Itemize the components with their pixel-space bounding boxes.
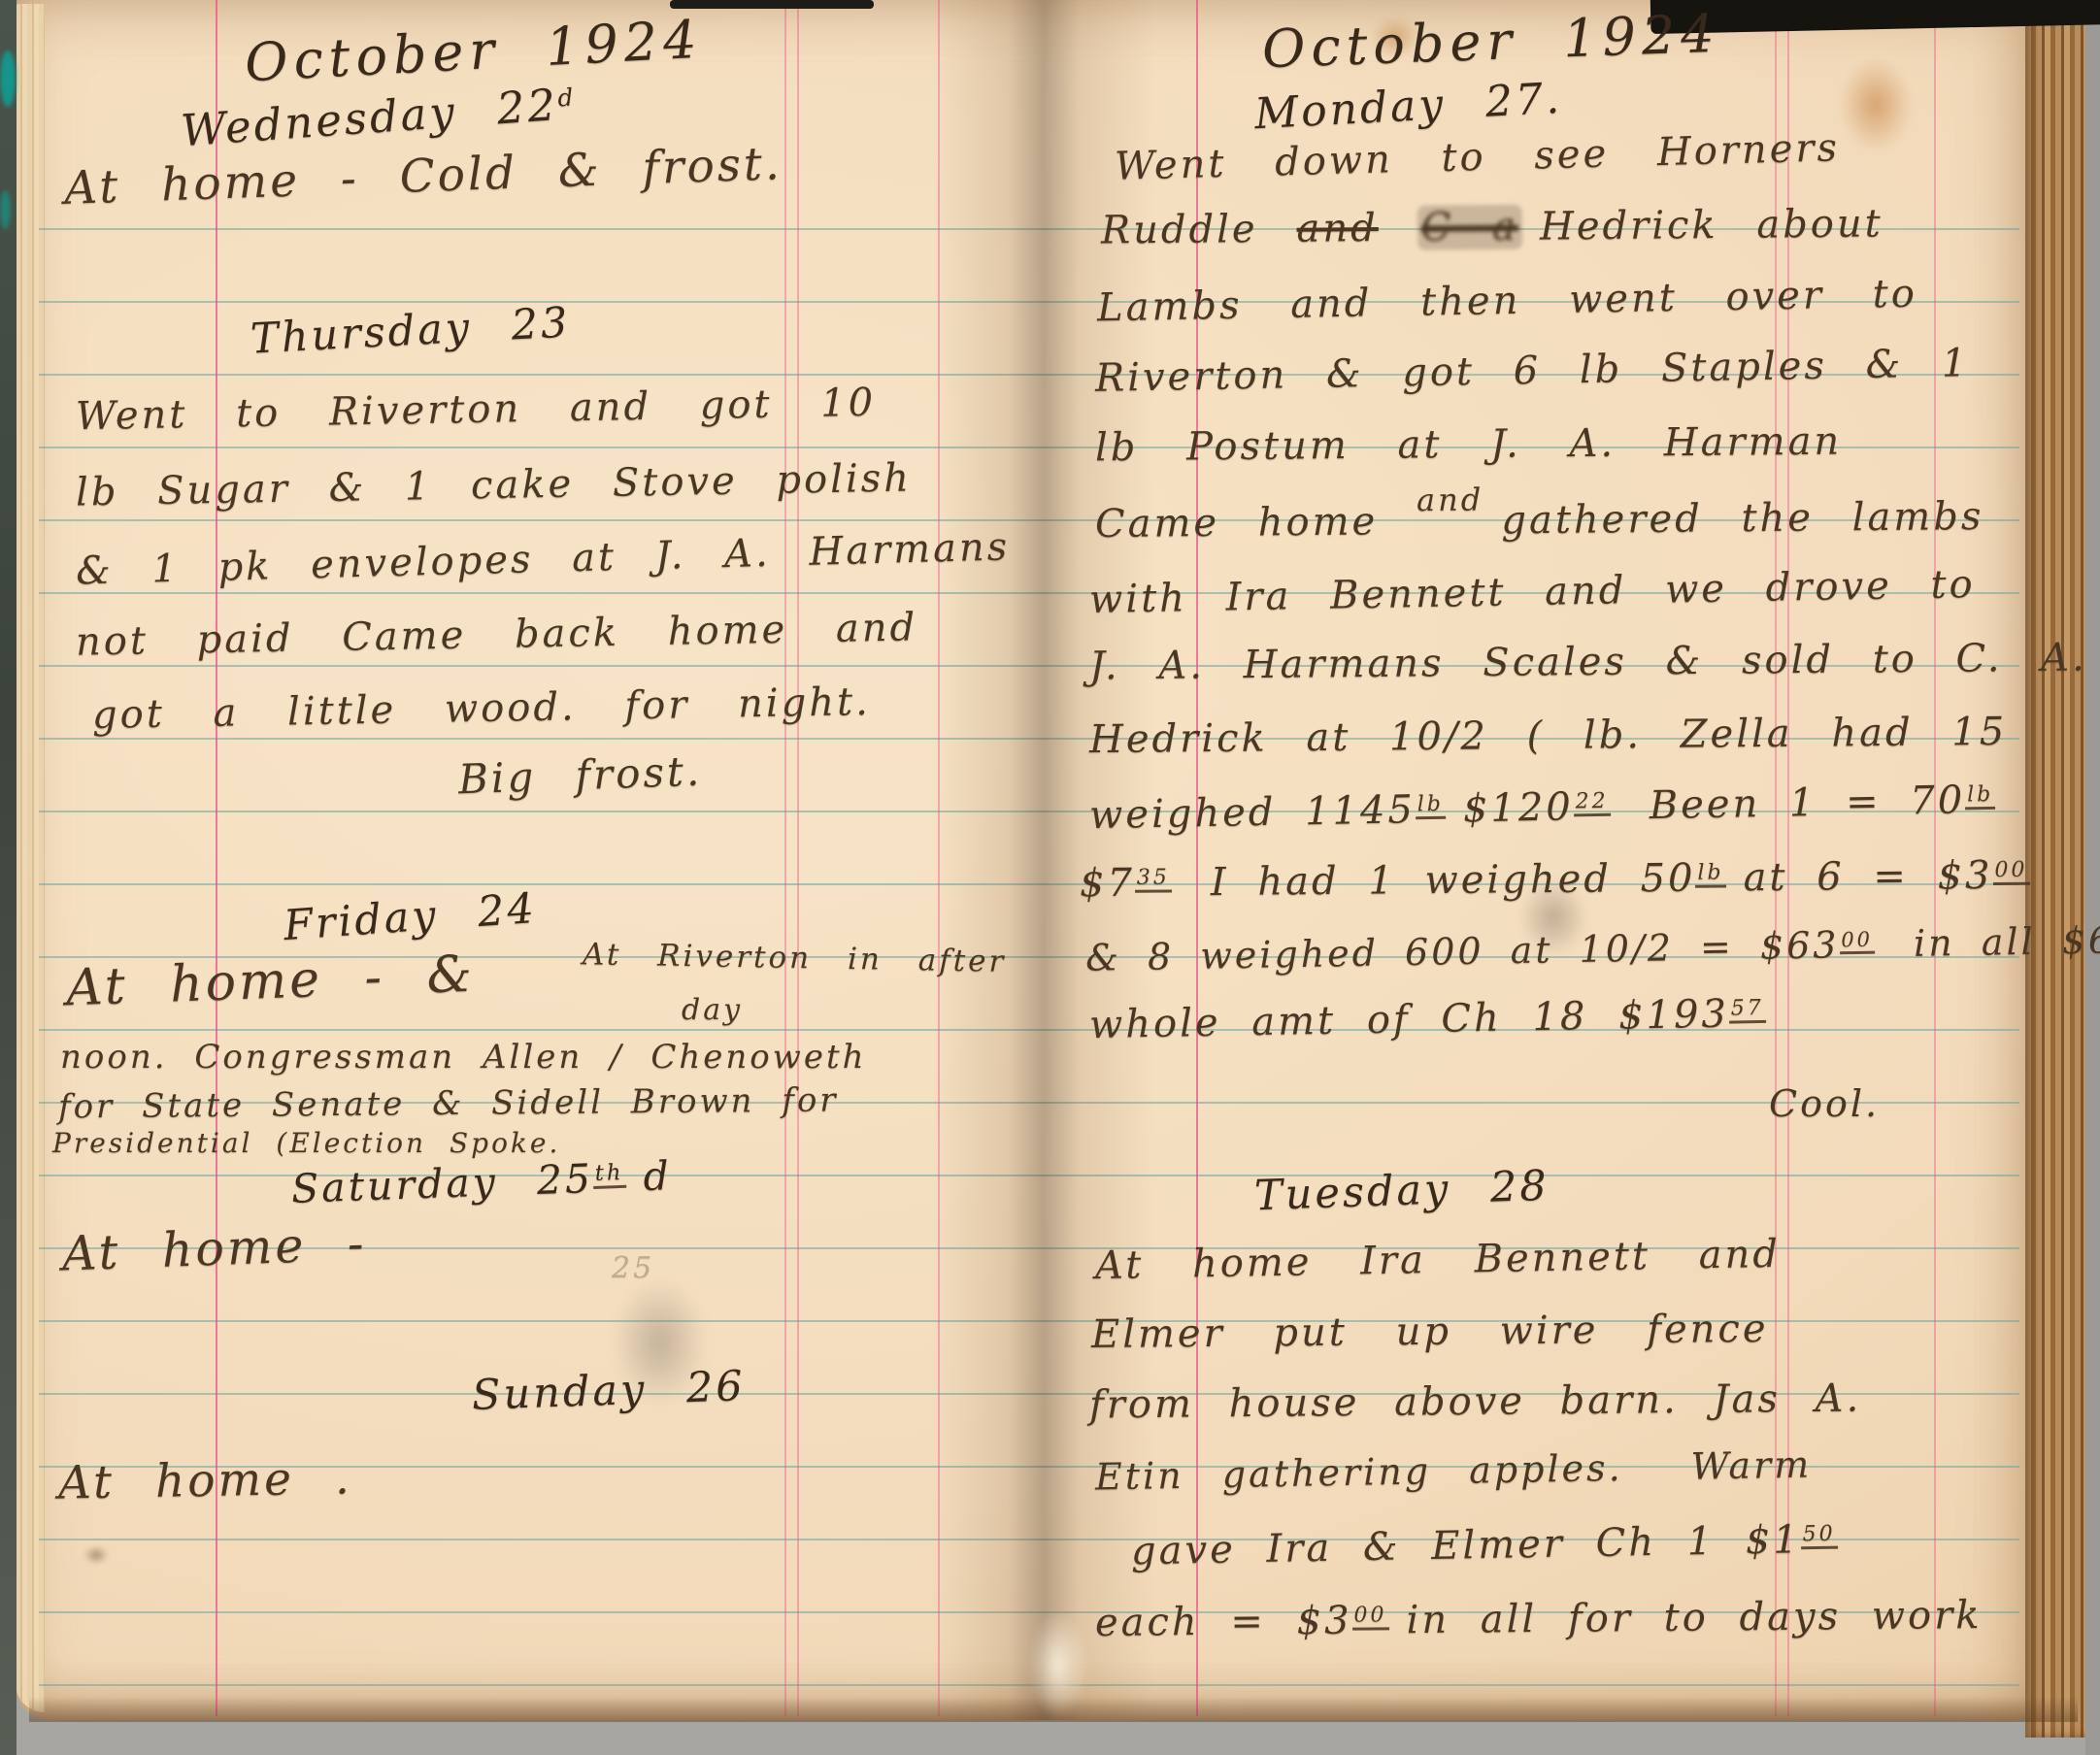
- speck: [83, 1545, 109, 1565]
- entry-text: Hedrick about: [1540, 201, 1883, 248]
- cents-superscript: 35: [1135, 865, 1172, 892]
- entry-line: At home .: [58, 1455, 353, 1506]
- entry-line: from house above barn. Jas A.: [1089, 1379, 1862, 1425]
- cents-superscript: 00: [1351, 1603, 1388, 1630]
- entry-line: lb Postum at J. A. Harman: [1095, 422, 1843, 468]
- scanner-dark-sliver: [670, 0, 874, 9]
- entry-line: Big frost.: [457, 751, 703, 801]
- entry-line: $735I had 1 weighed 50lbat 6 = $300: [1080, 856, 2030, 904]
- entry-text: Ruddle: [1101, 207, 1258, 252]
- entry-text: at 6 = $3: [1743, 853, 1992, 900]
- left-day-title-sunday: Sunday 26: [471, 1366, 746, 1417]
- book-cover-edge: [0, 0, 17, 1755]
- entry-text: gathered the lambs: [1501, 494, 1983, 543]
- ordinal-superscript: th: [592, 1159, 626, 1188]
- entry-text: in all for to days work: [1406, 1593, 1982, 1642]
- smudged-word: C a: [1417, 205, 1523, 250]
- entry-text: Came home: [1095, 499, 1379, 546]
- entry-text: I had 1 weighed 50: [1211, 856, 1696, 905]
- entry-line: for State Senate & Sidell Brown for: [58, 1083, 839, 1123]
- entry-line: At home Ira Bennett and: [1095, 1235, 1782, 1285]
- struck-word: and: [1296, 206, 1379, 251]
- entry-line: RuddleandC aHedrick about: [1101, 204, 1883, 249]
- entry-line: Hedrick at 10/2 ( lb. Zella had 15: [1089, 712, 2008, 759]
- teal-mark: [0, 190, 11, 229]
- entry-line: noon. Congressman Allen / Chenoweth: [60, 1041, 867, 1074]
- weather-note: Warm: [1690, 1443, 1812, 1488]
- entry-text: Been 1 = 70: [1649, 778, 1965, 828]
- flourish: d: [643, 1152, 673, 1200]
- stain: [1840, 58, 1912, 151]
- entry-line: J. A. Harmans Scales & sold to C. A.: [1089, 639, 2087, 686]
- unit-superscript: lb: [1695, 860, 1725, 887]
- entry-line: At home - &: [65, 949, 475, 1014]
- ordinal-superscript: d: [556, 83, 577, 112]
- cents-superscript: 57: [1729, 996, 1766, 1024]
- cents-superscript: 50: [1800, 1522, 1837, 1550]
- faint-pencil-note: 25: [612, 1254, 654, 1283]
- cents-superscript: 22: [1573, 789, 1610, 817]
- margin-line: [784, 0, 786, 1716]
- unit-superscript: lb: [1416, 792, 1447, 820]
- entry-line: Presidential (Election Spoke.: [52, 1130, 560, 1157]
- entry-text: in all $66: [1914, 918, 2100, 965]
- fore-edge-page-stack: [2025, 0, 2087, 1738]
- scanner-background-strip: [2085, 0, 2100, 1755]
- entry-text: $7: [1080, 861, 1135, 906]
- right-month-header: October 1924: [1261, 8, 1720, 76]
- entry-line: gave Ira & Elmer Ch 1 $150: [1131, 1520, 1838, 1572]
- cents-superscript: 00: [1839, 927, 1875, 954]
- margin-line: [797, 0, 799, 1716]
- unit-superscript: lb: [1965, 782, 1996, 811]
- right-day-title-tuesday: Tuesday 28: [1253, 1166, 1550, 1218]
- diary-scan: October 1924 Wednesday 22d At home - Col…: [0, 0, 2100, 1755]
- weather-note: Cool.: [1769, 1085, 1880, 1122]
- entry-line: At home -: [61, 1220, 367, 1278]
- entry-text: $120: [1463, 784, 1575, 831]
- entry-line: whole amt of Ch 18 $19357: [1089, 994, 1767, 1044]
- entry-note: At Riverton in after: [583, 940, 1007, 977]
- torn-gutter-edge: [1029, 1611, 1087, 1718]
- entry-text: weighed 1145: [1089, 787, 1417, 838]
- teal-mark: [0, 50, 16, 107]
- cents-superscript: 00: [1992, 858, 2029, 885]
- entry-line: Elmer put up wire fence: [1091, 1309, 1769, 1354]
- entry-text: each = $3: [1095, 1599, 1352, 1645]
- entry-note: day: [682, 996, 743, 1025]
- entry-line: each = $300in all for to days work: [1095, 1596, 1983, 1642]
- inserted-word: and: [1417, 481, 1484, 519]
- entry-line: Came homeandgathered the lambs: [1095, 497, 1984, 544]
